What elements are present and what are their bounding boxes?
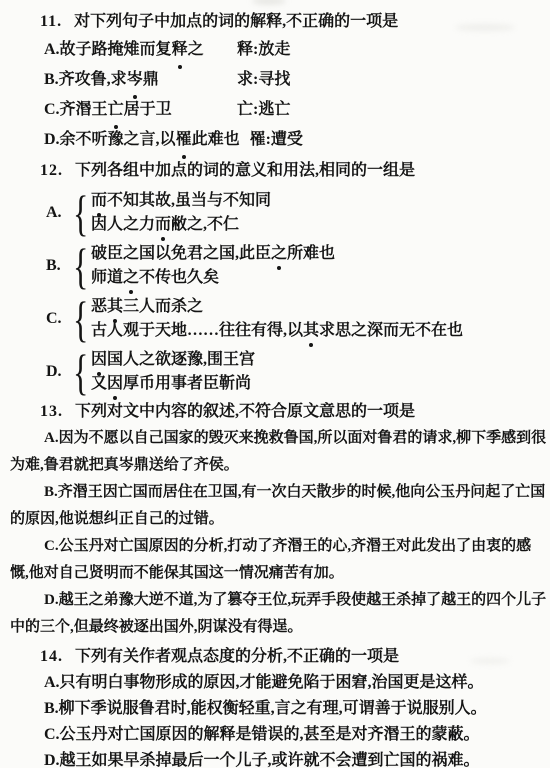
q13-option-d: D.越王之弟豫大逆不道,为了篡夺王位,玩弄手段使越王杀掉了越王的四个儿子 中的三… bbox=[10, 587, 540, 641]
group-line-text: 厚币用事者臣靳尚 bbox=[123, 375, 251, 392]
question-11-stem: 11.对下列句子中加点的词的解释,不正确的一项是 bbox=[40, 8, 540, 35]
group-line-text: 不知其故,虽当与不知同 bbox=[107, 192, 271, 209]
q11-option-a-gloss: 释:放走 bbox=[237, 35, 290, 65]
option-text: 居于卫 bbox=[124, 101, 172, 118]
q13-option-a-line-1: A.因为不愿以自己国家的毁灭来挽救鲁国,所以面对鲁君的请求,柳下季感到很 bbox=[44, 425, 540, 452]
scan-smudge bbox=[252, 0, 286, 5]
q14-option-a: A.只有明白事物形成的原因,才能避免陷于困窘,治国更是这样。 bbox=[44, 670, 540, 696]
q12-group-d-label: D. bbox=[46, 363, 73, 381]
question-14-stem: 14.下列有关作者观点态度的分析,不正确的一项是 bbox=[40, 643, 540, 670]
q12-group-b-label: B. bbox=[46, 257, 73, 275]
q12-group-d-lines: 因国人之欲逐豫,围王宫 又因厚币用事者臣靳尚 bbox=[91, 348, 255, 396]
q13-option-a-line-2: 为难,鲁君就把真岑鼎送给了齐侯。 bbox=[10, 452, 540, 479]
group-line-text: 所难也 bbox=[287, 245, 335, 262]
option-text: 之 bbox=[188, 41, 204, 58]
q13-option-b: B.齐湣王因亡国而居住在卫国,有一次白天散步的时候,他向公玉丹问起了亡国 的原因… bbox=[10, 479, 540, 533]
q13-option-c: C.公玉丹对亡国原因的分析,打动了齐湣王的心,齐湣王对此发出了由衷的感 慨,他对… bbox=[10, 533, 540, 587]
q13-option-b-line-1: B.齐湣王因亡国而居住在卫国,有一次白天散步的时候,他向公玉丹问起了亡国 bbox=[44, 479, 540, 506]
dotted-char: 因 bbox=[107, 372, 123, 396]
option-text: 此难也 bbox=[192, 131, 240, 148]
q11-option-c: C.齐湣王亡居于卫 亡:逃亡 bbox=[44, 95, 540, 125]
q11-option-c-text: C.齐湣王亡居于卫 bbox=[44, 95, 237, 125]
q12-group-c-lines: 恶其三人而杀之 古人观于天地……往往有得,以其求思之深而无不在也 bbox=[91, 295, 463, 343]
q12-group-a-line-1: 而不知其故,虽当与不知同 bbox=[91, 189, 271, 213]
option-text: 鼎 bbox=[143, 71, 159, 88]
q12-group-a-label: A. bbox=[46, 204, 73, 222]
q11-option-d: D.余不听豫之言,以罹此难也 罹:遭受 bbox=[44, 125, 540, 155]
q13-option-a: A.因为不愿以自己国家的毁灭来挽救鲁国,所以面对鲁君的请求,柳下季感到很 为难,… bbox=[10, 425, 540, 479]
group-line-text: 求思之深而无不在也 bbox=[319, 322, 463, 339]
q11-option-b-text: B.齐攻鲁,求岑鼎 bbox=[44, 65, 237, 95]
dotted-char: 而 bbox=[155, 213, 171, 237]
question-11-stem-text: 对下列句子中加点的词的解释,不正确的一项是 bbox=[74, 13, 398, 30]
q11-option-d-gloss: 罹:遭受 bbox=[250, 125, 303, 155]
q13-option-d-line-2: 中的三个,但最终被逐出国外,阴谋没有得逞。 bbox=[10, 614, 540, 641]
q13-option-c-line-1: C.公玉丹对亡国原因的分析,打动了齐湣王的心,齐湣王对此发出了由衷的感 bbox=[44, 533, 540, 560]
question-14-number: 14. bbox=[40, 648, 63, 665]
q12-group-c-line-2: 古人观于天地……往往有得,以其求思之深而无不在也 bbox=[91, 319, 463, 343]
q14-option-d: D.越王如果早杀掉最后一个儿子,或许就不会遭到亡国的祸难。 bbox=[44, 748, 540, 768]
group-line-text: 因人之力 bbox=[91, 216, 155, 233]
q11-option-b: B.齐攻鲁,求岑鼎 求:寻找 bbox=[44, 65, 540, 95]
q12-group-a-line-2: 因人之力而敝之,不仁 bbox=[91, 213, 271, 237]
q11-option-c-gloss: 亡:逃亡 bbox=[237, 95, 290, 125]
q12-group-a-lines: 而不知其故,虽当与不知同 因人之力而敝之,不仁 bbox=[91, 189, 271, 237]
q12-group-a: A. { 而不知其故,虽当与不知同 因人之力而敝之,不仁 bbox=[46, 189, 540, 237]
q11-option-a-text: A.故子路掩雉而复释之 bbox=[44, 35, 237, 65]
question-13-stem-text: 下列对文中内容的叙述,不符合原文意思的一项是 bbox=[75, 403, 415, 420]
q11-option-b-gloss: 求:寻找 bbox=[237, 65, 290, 95]
q12-group-b-line-1: 破臣之国以免君之国,此臣之所难也 bbox=[91, 242, 335, 266]
brace-glyph: { bbox=[73, 241, 86, 291]
option-text: B.齐攻鲁,求 bbox=[44, 71, 127, 88]
group-line-text: 又 bbox=[91, 375, 107, 392]
brace-glyph: { bbox=[73, 347, 86, 397]
dotted-char: 因 bbox=[91, 348, 107, 372]
question-14-stem-text: 下列有关作者观点态度的分析,不正确的一项是 bbox=[75, 648, 399, 665]
group-line-text: 敝之,不仁 bbox=[171, 216, 239, 233]
q12-group-c: C. { 恶其三人而杀之 古人观于天地……往往有得,以其求思之深而无不在也 bbox=[46, 295, 540, 343]
dotted-char: 之 bbox=[271, 242, 287, 266]
question-11-number: 11. bbox=[40, 13, 62, 30]
q14-option-b: B.柳下季说服鲁君时,能权衡轻重,言之有理,可谓善于说服别人。 bbox=[44, 696, 540, 722]
q13-option-d-line-1: D.越王之弟豫大逆不道,为了篡夺王位,玩弄手段使越王杀掉了越王的四个儿子 bbox=[44, 587, 540, 614]
brace-glyph: { bbox=[73, 294, 86, 344]
q12-group-d: D. { 因国人之欲逐豫,围王宫 又因厚币用事者臣靳尚 bbox=[46, 348, 540, 396]
question-12-number: 12. bbox=[40, 162, 63, 179]
dotted-char: 释 bbox=[172, 35, 188, 65]
group-line-text: 恶 bbox=[91, 298, 107, 315]
q12-group-b-lines: 破臣之国以免君之国,此臣之所难也 师道之不传也久矣 bbox=[91, 242, 335, 290]
question-12-stem: 12.下列各组中加点的词的意义和用法,相同的一组是 bbox=[40, 157, 540, 184]
q12-group-b: B. { 破臣之国以免君之国,此臣之所难也 师道之不传也久矣 bbox=[46, 242, 540, 290]
dotted-char: 其 bbox=[303, 319, 319, 343]
test-paper-page: 11.对下列句子中加点的词的解释,不正确的一项是 A.故子路掩雉而复释之 释:放… bbox=[0, 0, 550, 768]
dotted-char: 而 bbox=[91, 189, 107, 213]
scan-smudge bbox=[470, 658, 510, 664]
brace-glyph: { bbox=[73, 188, 86, 238]
q12-group-c-line-1: 恶其三人而杀之 bbox=[91, 295, 463, 319]
question-13-number: 13. bbox=[40, 403, 63, 420]
q14-option-c: C.公玉丹对亡国原因的解释是错误的,甚至是对齐湣王的蒙蔽。 bbox=[44, 722, 540, 748]
question-12-stem-text: 下列各组中加点的词的意义和用法,相同的一组是 bbox=[75, 162, 415, 179]
q12-group-d-line-2: 又因厚币用事者臣靳尚 bbox=[91, 372, 255, 396]
dotted-char: 岑 bbox=[127, 65, 143, 95]
question-13-stem: 13.下列对文中内容的叙述,不符合原文意思的一项是 bbox=[40, 398, 540, 425]
group-line-text: 破臣之国以免君之国,此臣 bbox=[91, 245, 271, 262]
q13-option-c-line-2: 慨,他对自己贤明而不能保其国这一情况痛苦有加。 bbox=[10, 560, 540, 587]
group-line-text: 师道 bbox=[91, 269, 123, 286]
dotted-char: 亡 bbox=[108, 95, 124, 125]
q12-group-d-line-1: 因国人之欲逐豫,围王宫 bbox=[91, 348, 255, 372]
option-text: A.故子路掩雉而复 bbox=[44, 41, 172, 58]
q11-option-d-text: D.余不听豫之言,以罹此难也 bbox=[44, 125, 250, 155]
group-line-text: 古人观于天地……往往有得,以 bbox=[91, 322, 303, 339]
option-text: C.齐湣王 bbox=[44, 101, 108, 118]
q12-group-b-line-2: 师道之不传也久矣 bbox=[91, 266, 335, 290]
q13-option-b-line-2: 的原因,他说想纠正自己的过错。 bbox=[10, 506, 540, 533]
dotted-char: 罹 bbox=[176, 125, 192, 155]
option-text: D.余不听豫之言,以 bbox=[44, 131, 176, 148]
dotted-char: 之 bbox=[123, 266, 139, 290]
q12-group-c-label: C. bbox=[46, 310, 73, 328]
group-line-text: 不传也久矣 bbox=[139, 269, 219, 286]
group-line-text: 三人而杀之 bbox=[123, 298, 203, 315]
group-line-text: 国人之欲逐豫,围王宫 bbox=[107, 351, 255, 368]
q11-option-a: A.故子路掩雉而复释之 释:放走 bbox=[44, 35, 540, 65]
dotted-char: 其 bbox=[107, 295, 123, 319]
scan-smudge bbox=[455, 24, 515, 31]
